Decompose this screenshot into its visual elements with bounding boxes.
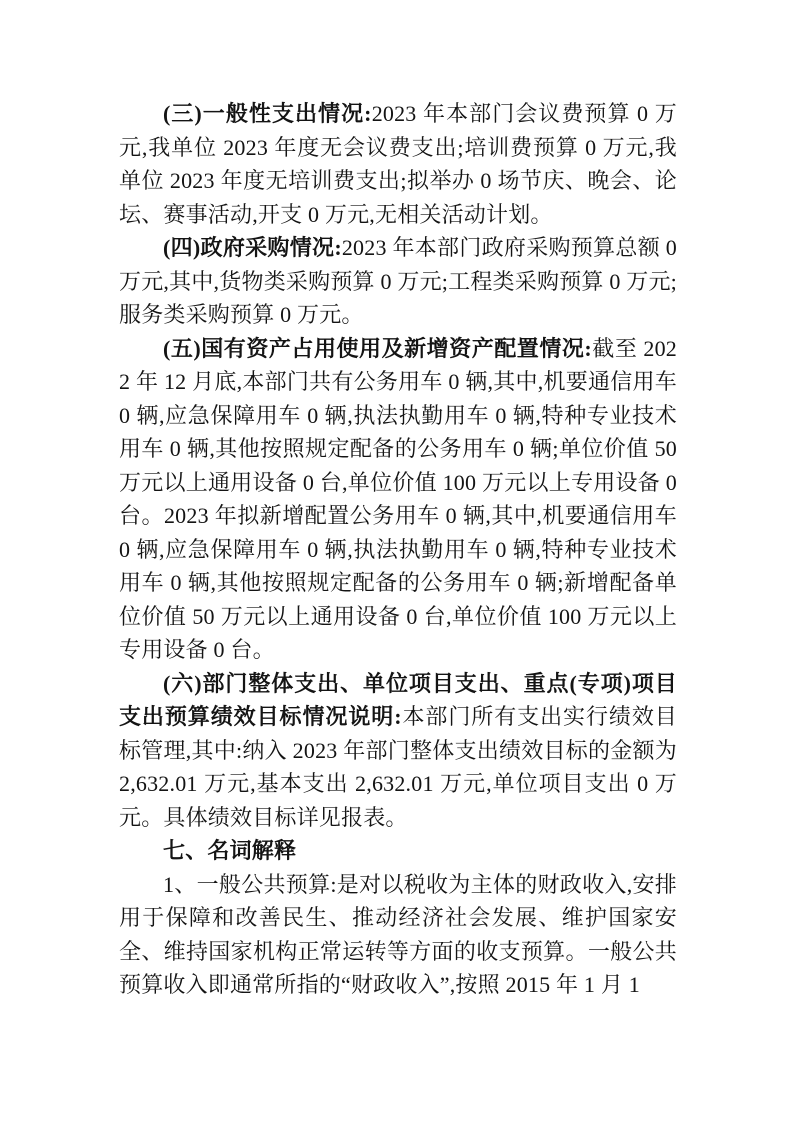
- paragraph-general-expenditure: (三)一般性支出情况:2023 年本部门会议费预算 0 万元,我单位 2023 …: [119, 97, 677, 231]
- paragraph-government-procurement-label: (四)政府采购情况:: [163, 235, 342, 260]
- paragraph-general-expenditure-label: (三)一般性支出情况:: [163, 101, 372, 126]
- paragraph-state-assets-text: 截至 2022 年 12 月底,本部门共有公务用车 0 辆,其中,机要通信用车 …: [119, 336, 677, 663]
- paragraph-state-assets: (五)国有资产占用使用及新增资产配置情况:截至 2022 年 12 月底,本部门…: [119, 332, 677, 667]
- section-heading-glossary: 七、名词解释: [119, 834, 677, 868]
- document-body: (三)一般性支出情况:2023 年本部门会议费预算 0 万元,我单位 2023 …: [119, 97, 677, 1002]
- document-page: (三)一般性支出情况:2023 年本部门会议费预算 0 万元,我单位 2023 …: [0, 0, 793, 1122]
- paragraph-glossary-general-public-budget-text: 1、一般公共预算:是对以税收为主体的财政收入,安排用于保障和改善民生、推动经济社…: [119, 872, 677, 998]
- paragraph-government-procurement: (四)政府采购情况:2023 年本部门政府采购预算总额 0 万元,其中,货物类采…: [119, 231, 677, 332]
- paragraph-performance-targets: (六)部门整体支出、单位项目支出、重点(专项)项目支出预算绩效目标情况说明:本部…: [119, 667, 677, 835]
- paragraph-state-assets-label: (五)国有资产占用使用及新增资产配置情况:: [163, 336, 592, 361]
- paragraph-glossary-general-public-budget: 1、一般公共预算:是对以税收为主体的财政收入,安排用于保障和改善民生、推动经济社…: [119, 868, 677, 1002]
